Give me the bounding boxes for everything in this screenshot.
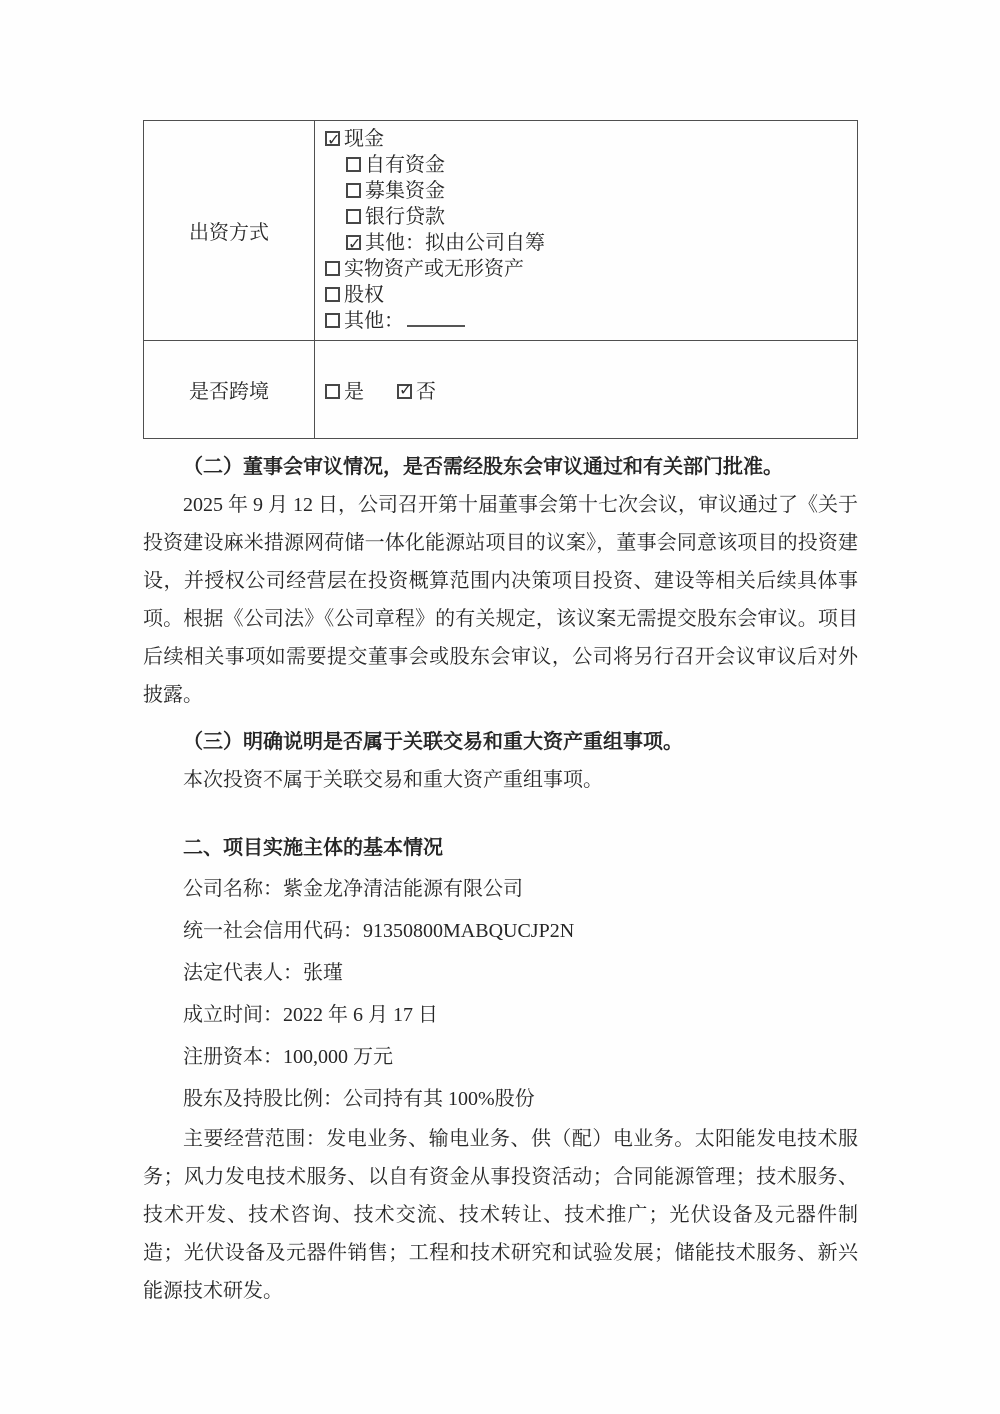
- option-no: 否: [397, 381, 436, 403]
- checked-checkbox-icon: [397, 384, 412, 399]
- table-row-cross-border: 是否跨境 是 否: [144, 341, 858, 439]
- unchecked-checkbox-icon: [325, 287, 340, 302]
- checkbox-label: 其他：拟由公司自筹: [365, 232, 545, 254]
- checkbox-option-other-self-raised: 其他：拟由公司自筹: [325, 230, 845, 256]
- blank-underline: [407, 311, 465, 327]
- checkbox-label: 实物资产或无形资产: [344, 258, 524, 280]
- cross-border-options: 是 否: [315, 341, 858, 439]
- checkbox-option-cash: 现金: [325, 126, 845, 152]
- funding-method-options: 现金 自有资金 募集资金 银行贷款 其他：拟由公司自筹 实物资产或无形资产: [315, 121, 858, 341]
- unchecked-checkbox-icon: [325, 313, 340, 328]
- info-company-name: 公司名称：紫金龙净清洁能源有限公司: [143, 868, 858, 910]
- checkbox-label: 现金: [344, 128, 384, 150]
- checkbox-label: 自有资金: [365, 154, 445, 176]
- checkbox-option-physical-assets: 实物资产或无形资产: [325, 256, 845, 282]
- checkbox-option-raised-funds: 募集资金: [325, 178, 845, 204]
- document-page: 出资方式 现金 自有资金 募集资金 银行贷款 其他：拟由公司自筹 实: [0, 0, 1000, 1414]
- funding-method-label: 出资方式: [144, 121, 315, 341]
- cross-border-label: 是否跨境: [144, 341, 315, 439]
- checkbox-option-other-blank: 其他：: [325, 308, 845, 334]
- checkbox-option-own-funds: 自有资金: [325, 152, 845, 178]
- unchecked-checkbox-icon: [325, 261, 340, 276]
- checkbox-label: 否: [416, 381, 436, 403]
- heading-implementation-entity: 二、项目实施主体的基本情况: [143, 828, 858, 868]
- paragraph-related-transactions: 本次投资不属于关联交易和重大资产重组事项。: [143, 761, 858, 799]
- checkbox-label: 募集资金: [365, 180, 445, 202]
- checkbox-label: 其他：: [344, 310, 404, 332]
- heading-related-transactions: （三）明确说明是否属于关联交易和重大资产重组事项。: [143, 723, 858, 761]
- unchecked-checkbox-icon: [346, 157, 361, 172]
- checkbox-label: 股权: [344, 284, 384, 306]
- info-legal-representative: 法定代表人：张瑾: [143, 952, 858, 994]
- info-credit-code: 统一社会信用代码：91350800MABQUCJP2N: [143, 910, 858, 952]
- funding-table: 出资方式 现金 自有资金 募集资金 银行贷款 其他：拟由公司自筹 实: [143, 120, 858, 439]
- unchecked-checkbox-icon: [346, 209, 361, 224]
- checked-checkbox-icon: [325, 131, 340, 146]
- unchecked-checkbox-icon: [346, 183, 361, 198]
- paragraph-business-scope: 主要经营范围：发电业务、输电业务、供（配）电业务。太阳能发电技术服务；风力发电技…: [143, 1120, 858, 1310]
- table-row-funding-method: 出资方式 现金 自有资金 募集资金 银行贷款 其他：拟由公司自筹 实: [144, 121, 858, 341]
- checkbox-option-bank-loan: 银行贷款: [325, 204, 845, 230]
- heading-board-review: （二）董事会审议情况，是否需经股东会审议通过和有关部门批准。: [143, 448, 858, 486]
- checkbox-option-equity: 股权: [325, 282, 845, 308]
- info-shareholding: 股东及持股比例：公司持有其 100%股份: [143, 1078, 858, 1120]
- paragraph-board-meeting: 2025 年 9 月 12 日，公司召开第十届董事会第十七次会议，审议通过了《关…: [143, 486, 858, 714]
- checkbox-label: 银行贷款: [365, 206, 445, 228]
- unchecked-checkbox-icon: [325, 384, 340, 399]
- checkbox-label: 是: [344, 381, 364, 403]
- option-yes: 是: [325, 381, 364, 403]
- checked-checkbox-icon: [346, 235, 361, 250]
- info-establishment-date: 成立时间：2022 年 6 月 17 日: [143, 994, 858, 1036]
- info-registered-capital: 注册资本：100,000 万元: [143, 1036, 858, 1078]
